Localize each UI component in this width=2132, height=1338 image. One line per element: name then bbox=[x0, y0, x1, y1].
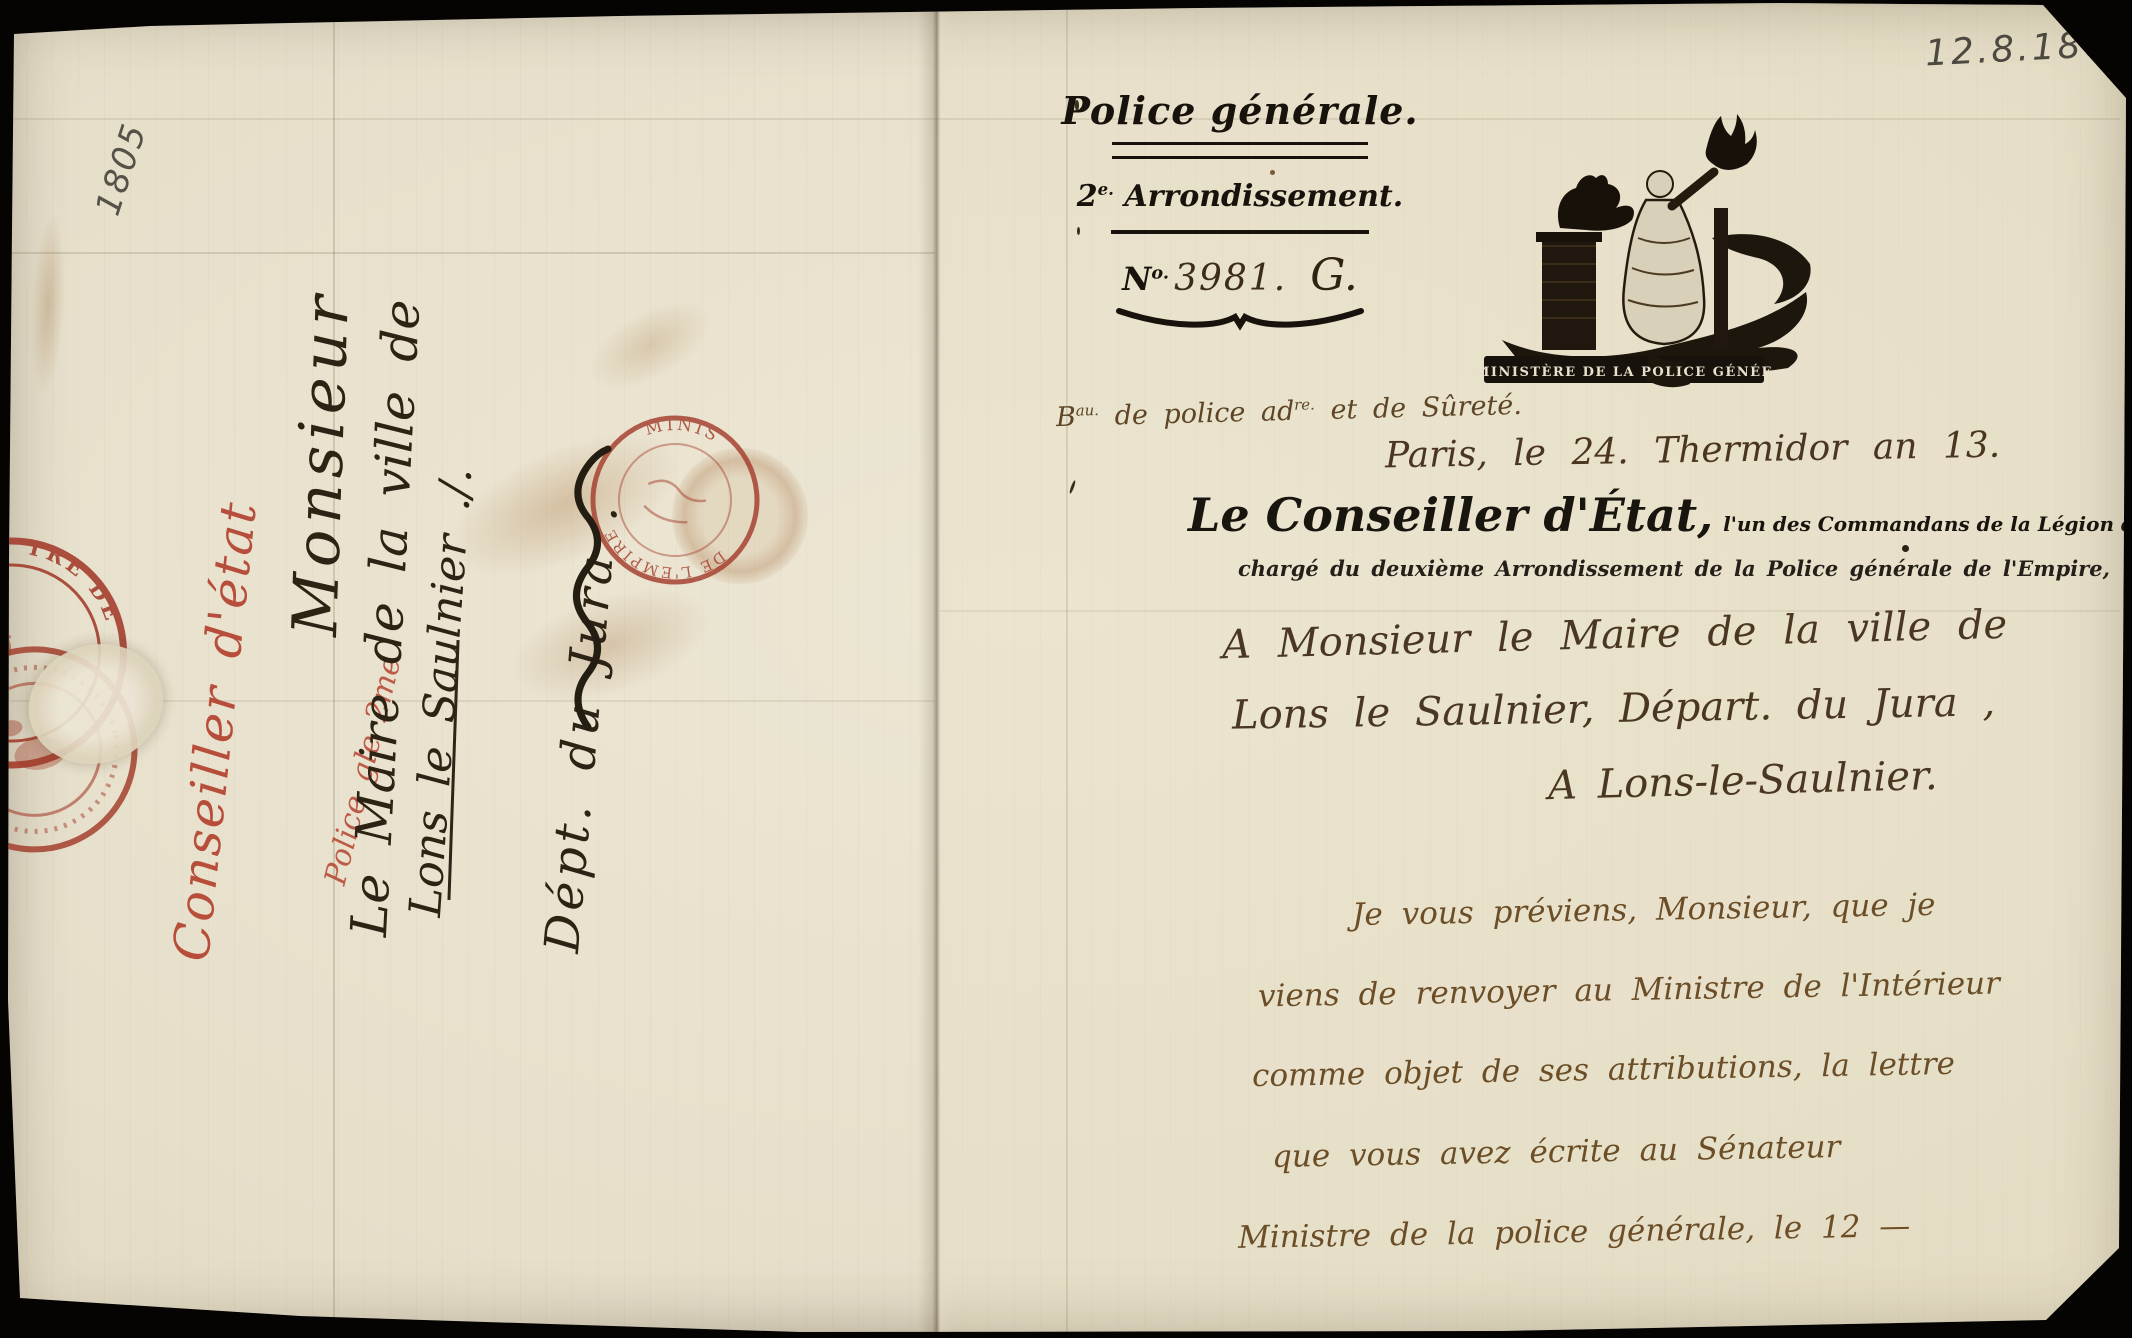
letterhead-title: Police générale. bbox=[1060, 88, 1420, 133]
arr-number: 2 bbox=[1077, 179, 1098, 214]
vignette-caption: MINISTÈRE DE LA POLICE GÉNÉE bbox=[1475, 364, 1773, 380]
svg-text:MINIS: MINIS bbox=[638, 403, 725, 459]
vignette-engraving: MINISTÈRE DE LA POLICE GÉNÉE bbox=[1462, 88, 1822, 398]
sender-line1: Le Conseiller d'État, l'un des Commandan… bbox=[1188, 488, 2132, 542]
address-line-monsieur: Monsieur bbox=[278, 289, 363, 638]
no-suffix: G. bbox=[1310, 250, 1358, 301]
brace-ornament bbox=[1115, 305, 1365, 331]
ink-speck bbox=[1270, 170, 1275, 175]
fold-crease-center bbox=[918, 0, 954, 1338]
sender-lead: Le Conseiller d'État, bbox=[1188, 488, 1713, 542]
ink-speck bbox=[1077, 227, 1080, 235]
round-stamp-text-upper: MINIS bbox=[638, 403, 725, 459]
arr-word: Arrondissement. bbox=[1124, 179, 1403, 214]
pencil-year-note: 1805 bbox=[88, 118, 155, 220]
sender-rest: l'un des Commandans de la Légion d'honne… bbox=[1723, 512, 2132, 536]
paper-sheet: TRE DE L MINIS DE L'EMPIRE Conseiller d'… bbox=[0, 0, 2132, 1338]
edge-stain bbox=[22, 189, 74, 421]
no-value: 3981. bbox=[1174, 258, 1287, 299]
edge-stamp-text: TRE DE L bbox=[0, 482, 149, 641]
letterhead-arrondissement: 2e. Arrondissement. bbox=[1060, 179, 1420, 214]
sender-line2: chargé du deuxième Arrondissement de la … bbox=[1238, 556, 2110, 581]
no-label: No. bbox=[1122, 260, 1169, 298]
svg-text:TRE DE L: TRE DE L bbox=[0, 482, 149, 641]
crease-left-mid bbox=[10, 252, 935, 254]
ink-speck bbox=[1902, 545, 1909, 552]
letterhead: Police générale. 2e. Arrondissement. No.… bbox=[1060, 88, 1420, 335]
arr-sup: e. bbox=[1098, 180, 1114, 199]
single-rule bbox=[1111, 230, 1369, 234]
fold-crease-left bbox=[333, 0, 335, 1338]
letterhead-number-line: No. 3981. G. bbox=[1060, 250, 1420, 301]
double-rule bbox=[1112, 142, 1368, 159]
address-flourish bbox=[558, 415, 618, 735]
ink-speck bbox=[1075, 100, 1079, 111]
scanned-letter: TRE DE L MINIS DE L'EMPIRE Conseiller d'… bbox=[0, 0, 2132, 1338]
